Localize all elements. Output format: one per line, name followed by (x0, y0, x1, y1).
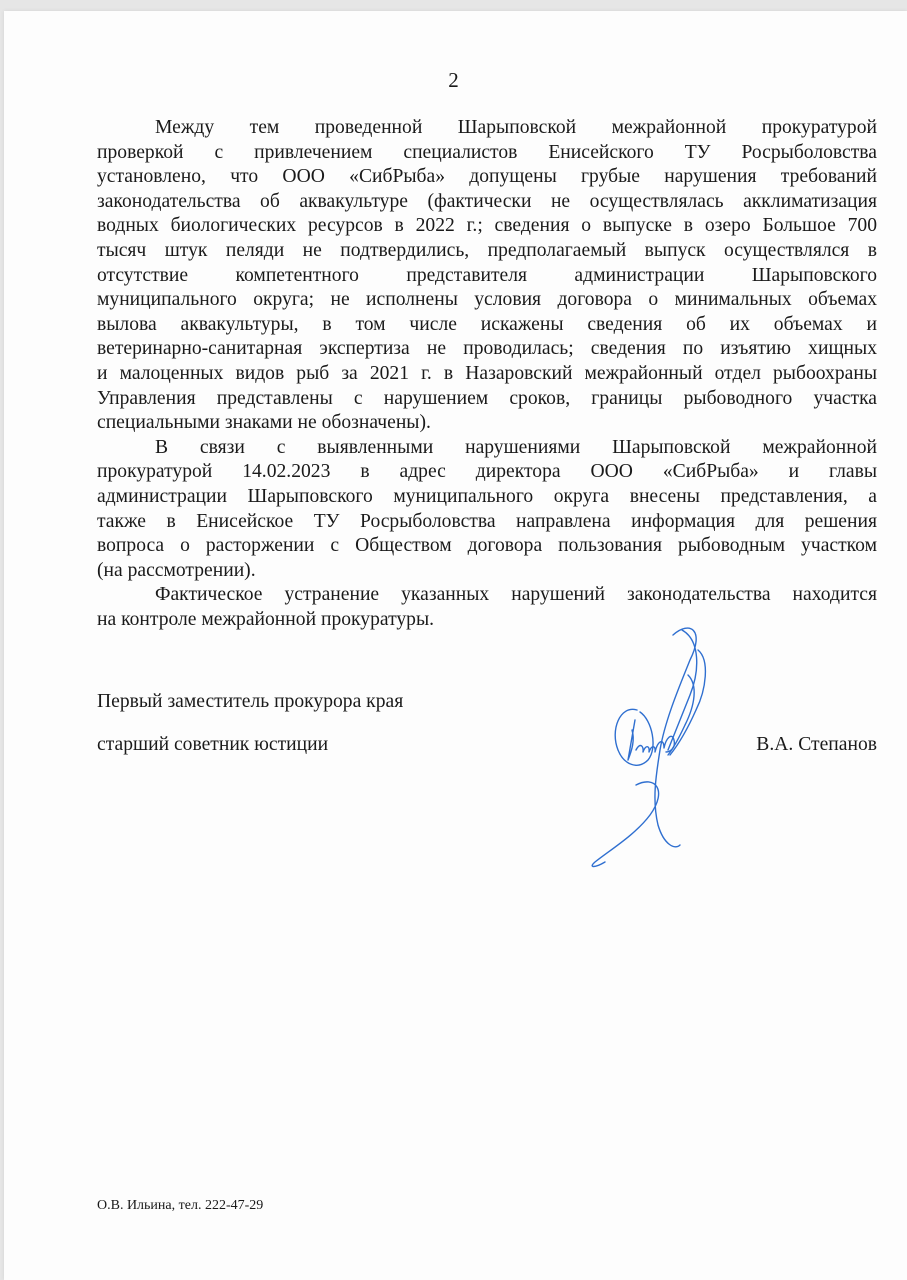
text-line: Между тем проведенной Шарыповской межрай… (97, 116, 877, 141)
text-line: прокуратурой 14.02.2023 в адрес директор… (97, 460, 877, 485)
text-line: установлено, что ООО «СибРыба» допущены … (97, 165, 877, 190)
text-line: администрации Шарыповского муниципальног… (97, 485, 877, 510)
text-line: вылова аквакультуры, в том числе искажен… (97, 313, 877, 338)
page-number: 2 (0, 66, 907, 94)
letter-document: 2 Между тем проведенной Шарыповской межр… (0, 0, 907, 1280)
letter-body: Между тем проведенной Шарыповской межрай… (97, 116, 877, 632)
text-line: (на рассмотрении). (97, 559, 877, 584)
text-line: проверкой с привлечением специалистов Ен… (97, 141, 877, 166)
text-line: водных биологических ресурсов в 2022 г.;… (97, 214, 877, 239)
text-line: вопроса о расторжении с Обществом догово… (97, 534, 877, 559)
text-line: муниципального округа; не исполнены усло… (97, 288, 877, 313)
paragraph-1: Между тем проведенной Шарыповской межрай… (97, 116, 877, 436)
paragraph-2: В связи с выявленными нарушениями Шарыпо… (97, 436, 877, 584)
text-line: ветеринарно-санитарная экспертиза не про… (97, 337, 877, 362)
text-line: В связи с выявленными нарушениями Шарыпо… (97, 436, 877, 461)
text-line: Управления представлены с нарушением сро… (97, 387, 877, 412)
text-line: отсутствие компетентного представителя а… (97, 264, 877, 289)
text-line: специальными знаками не обозначены). (97, 411, 877, 436)
text-line: тысяч штук пеляди не подтвердились, пред… (97, 239, 877, 264)
text-line: законодательства об аквакультуре (фактич… (97, 190, 877, 215)
handwritten-signature-icon (540, 600, 780, 900)
text-line: также в Енисейское ТУ Росрыболовства нап… (97, 510, 877, 535)
executor-contact: О.В. Ильина, тел. 222-47-29 (97, 1197, 263, 1215)
text-line: и малоценных видов рыб за 2021 г. в Наза… (97, 362, 877, 387)
signer-position-line-2: старший советник юстиции (97, 733, 328, 757)
